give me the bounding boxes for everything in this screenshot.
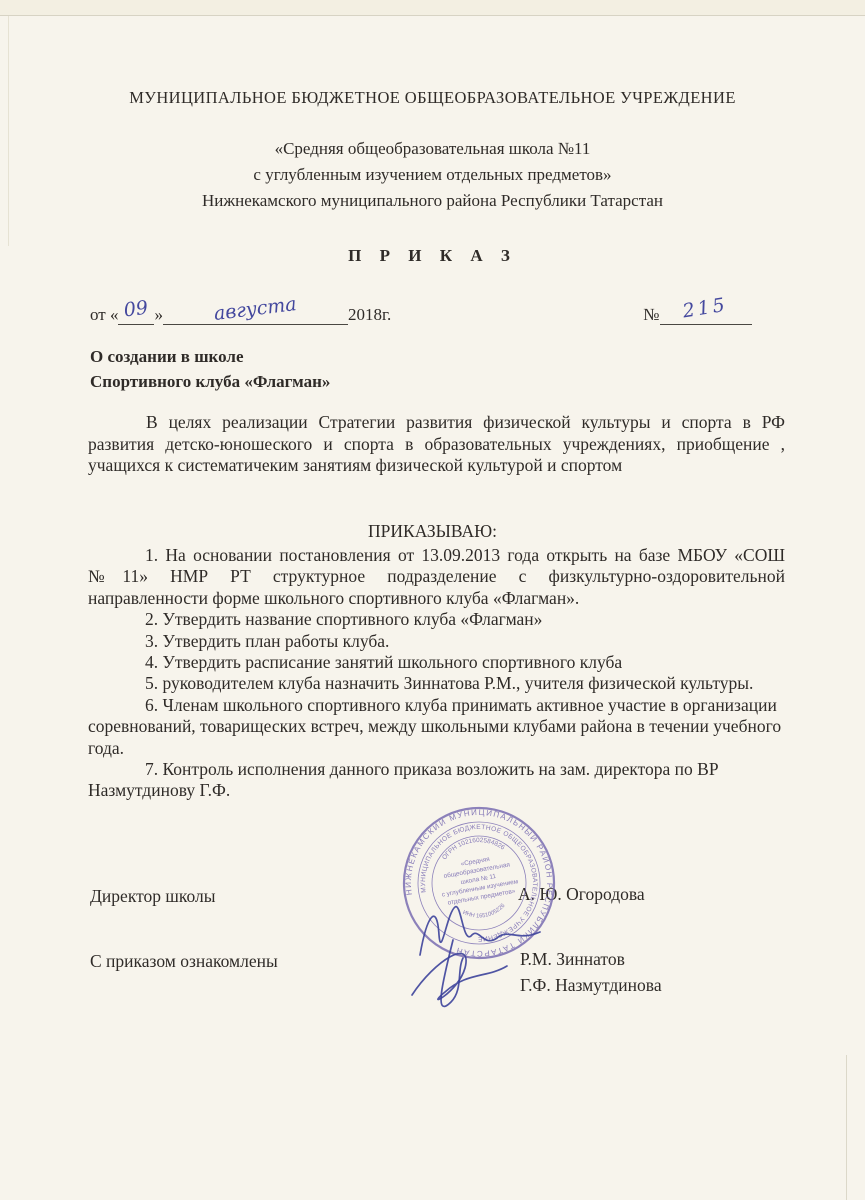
handwritten-month: августа xyxy=(213,293,298,325)
subject-line2: Спортивного клуба «Флагман» xyxy=(90,369,785,394)
order-item-2: 2. Утвердить название спортивного клуба … xyxy=(88,609,785,630)
date-month-field: августа xyxy=(163,300,348,325)
date-suffix: » xyxy=(154,305,163,324)
date-year: 2018г. xyxy=(348,305,391,324)
district-line: Нижнекамского муниципального района Респ… xyxy=(85,188,780,214)
order-subject: О создании в школе Спортивного клуба «Фл… xyxy=(90,344,785,394)
order-word: ПРИКАЗЫВАЮ: xyxy=(85,521,780,542)
scan-edge-top-line xyxy=(0,15,865,16)
scan-edge-top-strip xyxy=(0,0,865,15)
date-prefix: от « xyxy=(90,305,118,324)
order-item-5: 5. руководителем клуба назначить Зиннато… xyxy=(88,673,785,694)
acknowledged-label: С приказом ознакомлены xyxy=(90,951,278,972)
director-signature-stroke xyxy=(420,907,540,955)
order-item-6: 6. Членам школьного спортивного клуба пр… xyxy=(88,695,785,759)
subject-line1: О создании в школе xyxy=(90,344,785,369)
director-label: Директор школы xyxy=(90,886,215,907)
organization-header: МУНИЦИПАЛЬНОЕ БЮДЖЕТНОЕ ОБЩЕОБРАЗОВАТЕЛЬ… xyxy=(60,88,805,108)
order-item-4: 4. Утвердить расписание занятий школьног… xyxy=(88,652,785,673)
order-item-7: 7. Контроль исполнения данного приказа в… xyxy=(88,759,785,802)
handwritten-day: 09 xyxy=(123,297,150,322)
number-label: № xyxy=(643,305,659,324)
scanned-page: МУНИЦИПАЛЬНОЕ БЮДЖЕТНОЕ ОБЩЕОБРАЗОВАТЕЛЬ… xyxy=(0,0,865,1200)
order-item-1: 1. На основании постановления от 13.09.2… xyxy=(88,545,785,609)
document-title: П Р И К А З xyxy=(85,246,780,266)
scan-edge-right-line xyxy=(846,1055,847,1200)
order-item-3: 3. Утвердить план работы клуба. xyxy=(88,631,785,652)
date-day-field: 09 xyxy=(118,300,154,325)
handwritten-number: 215 xyxy=(681,294,729,323)
preamble-paragraph: В целях реализации Стратегии развития фи… xyxy=(88,412,785,477)
school-name-line2: с углубленным изучением отдельных предме… xyxy=(85,162,780,188)
number-field: 215 xyxy=(660,300,752,325)
handwritten-signatures xyxy=(375,880,585,1020)
school-name-line1: «Средняя общеобразовательная школа №11 xyxy=(85,136,780,162)
order-items-list: 1. На основании постановления от 13.09.2… xyxy=(88,545,785,802)
organization-subheader: «Средняя общеобразовательная школа №11 с… xyxy=(85,136,780,214)
date-and-number-row: от «09»августа2018г.№215 xyxy=(90,300,790,325)
scan-edge-left-line xyxy=(8,16,9,246)
